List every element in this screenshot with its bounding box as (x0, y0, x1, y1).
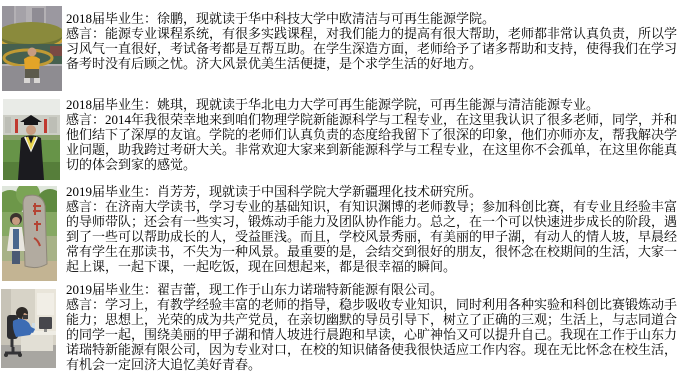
graduate-testimonial: 感言：能源专业课程系统，有很多实践课程，对我们能力的提高有很大帮助，老师都非常认… (66, 26, 682, 71)
graduate-photo-xu-peng (2, 6, 62, 91)
graduate-testimonial: 感言：2014年我很荣幸地来到咱们物理学院新能源科学与工程专业，在这里我认识了很… (66, 112, 682, 172)
photo-illustration-stone-monument (2, 186, 57, 281)
photo-illustration-graduation (3, 99, 60, 180)
graduates-testimonials-page: 2018届毕业生：徐鹏，现就读于华中科技大学中欧清洁与可再生能源学院。 感言：能… (0, 0, 685, 381)
graduate-text-1: 2018届毕业生：徐鹏，现就读于华中科技大学中欧清洁与可再生能源学院。 感言：能… (66, 11, 682, 71)
graduate-photo-xiao-fangfang (2, 186, 57, 281)
graduate-heading: 2018届毕业生：徐鹏，现就读于华中科技大学中欧清洁与可再生能源学院。 (66, 11, 682, 26)
graduate-heading: 2018届毕业生：姚琪，现就读于华北电力大学可再生能源学院，可再生能源与清洁能源… (66, 97, 682, 112)
photo-illustration-office-desk (1, 289, 56, 368)
graduate-text-2: 2018届毕业生：姚琪，现就读于华北电力大学可再生能源学院，可再生能源与清洁能源… (66, 97, 682, 172)
graduate-testimonial: 感言：学习上，有教学经验丰富的老师的指导，稳步吸收专业知识，同时利用各种实验和科… (66, 297, 682, 372)
photo-illustration-city-fountain (2, 6, 62, 91)
graduate-photo-yao-qi (3, 99, 60, 180)
graduate-text-4: 2019届毕业生：翟吉蕾，现工作于山东力诺瑞特新能源有限公司。 感言：学习上，有… (66, 282, 682, 372)
graduate-heading: 2019届毕业生：肖芳芳，现就读于中国科学院大学新疆理化技术研究所。 (66, 184, 682, 199)
graduate-text-3: 2019届毕业生：肖芳芳，现就读于中国科学院大学新疆理化技术研究所。 感言：在济… (66, 184, 682, 274)
graduate-testimonial: 感言：在济南大学读书，学习专业的基础知识，有知识渊博的老师教导；参加科创比赛，有… (66, 199, 682, 274)
graduate-photo-zhai-jilei (1, 289, 56, 368)
graduate-heading: 2019届毕业生：翟吉蕾，现工作于山东力诺瑞特新能源有限公司。 (66, 282, 682, 297)
